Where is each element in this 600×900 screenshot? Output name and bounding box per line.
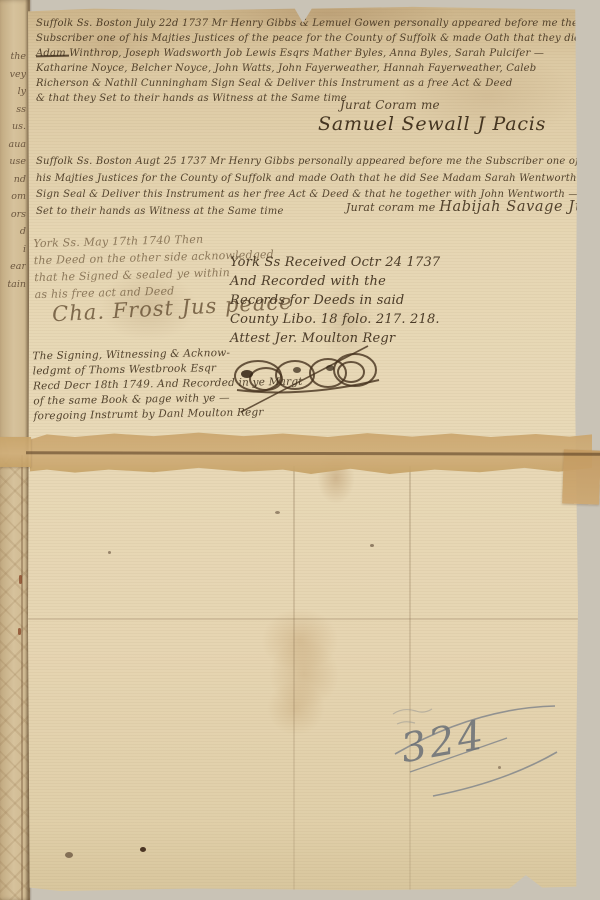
fragment: om bbox=[0, 188, 26, 206]
recording-note: York Ss Received Octr 24 1737 And Record… bbox=[230, 253, 440, 348]
jurat-text: Jurat coram me bbox=[346, 201, 436, 214]
manuscript-line: Adam Winthrop, Joseph Wadsworth Job Lewi… bbox=[36, 46, 600, 61]
stain-speck bbox=[108, 551, 111, 554]
signature-samuel-sewall: Samuel Sewall J Pacis bbox=[318, 113, 546, 135]
fold-seam bbox=[21, 455, 23, 900]
fragment: us. bbox=[0, 118, 26, 136]
manuscript-line: Suffolk Ss. Boston July 22d 1737 Mr Henr… bbox=[36, 16, 600, 31]
fragment: ear bbox=[0, 258, 26, 276]
stain-speck bbox=[140, 847, 146, 852]
fold-crease bbox=[409, 466, 411, 892]
fold-crease bbox=[293, 466, 295, 892]
manuscript-line: York Ss Received Octr 24 1737 bbox=[230, 253, 440, 272]
adjacent-page-text-fragments: the vey ly ss us. aua use nd om ors d i … bbox=[0, 48, 26, 293]
fragment: aua bbox=[0, 136, 26, 154]
manuscript-line: Richerson & Nathll Cunningham Sign Seal … bbox=[36, 76, 600, 91]
manuscript-line: And Recorded with the bbox=[230, 272, 440, 291]
fragment: ors bbox=[0, 206, 26, 224]
manuscript-line: Subscriber one of his Majties Justices o… bbox=[36, 31, 600, 46]
fragment: i bbox=[0, 241, 26, 259]
marginal-note: The Signing, Witnessing & Acknow- ledgmt… bbox=[32, 345, 303, 425]
red-speck bbox=[19, 575, 22, 584]
fragment: vey bbox=[0, 66, 26, 84]
stain-speck bbox=[65, 852, 73, 858]
tape-strip-right bbox=[562, 449, 600, 504]
manuscript-line: his Majties Justices for the County of S… bbox=[36, 171, 590, 188]
red-speck bbox=[18, 628, 21, 635]
oath-paragraph-1: Suffolk Ss. Boston July 22d 1737 Mr Henr… bbox=[36, 16, 600, 106]
fragment: use bbox=[0, 153, 26, 171]
manuscript-line: Katharine Noyce, Belcher Noyce, John Wat… bbox=[36, 61, 600, 76]
signature-habijah-savage: Habijah Savage Just Pac bbox=[439, 199, 600, 215]
manuscript-line: Records for Deeds in said bbox=[230, 291, 440, 310]
manuscript-line: County Libo. 18 folo. 217. 218. bbox=[230, 310, 440, 329]
jurat-clause-1: Jurat Coram me bbox=[340, 98, 440, 112]
fold-crease bbox=[28, 618, 578, 620]
manuscript-line: Suffolk Ss. Boston Augt 25 1737 Mr Henry… bbox=[36, 154, 590, 171]
jurat-clause-2: Jurat coram me Habijah Savage Just Pac bbox=[346, 199, 600, 215]
manuscript-line: & that they Set to their hands as Witnes… bbox=[36, 91, 600, 106]
fragment: nd bbox=[0, 171, 26, 189]
photographed-manuscript: { "page": { "pencil_number": "324", "lef… bbox=[0, 0, 600, 900]
stain-speck bbox=[275, 511, 280, 514]
fragment: ss bbox=[0, 101, 26, 119]
fragment: d bbox=[0, 223, 26, 241]
stain-speck bbox=[370, 544, 374, 547]
fragment: the bbox=[0, 48, 26, 66]
fragment: ly bbox=[0, 83, 26, 101]
fragment: tain bbox=[0, 276, 26, 294]
